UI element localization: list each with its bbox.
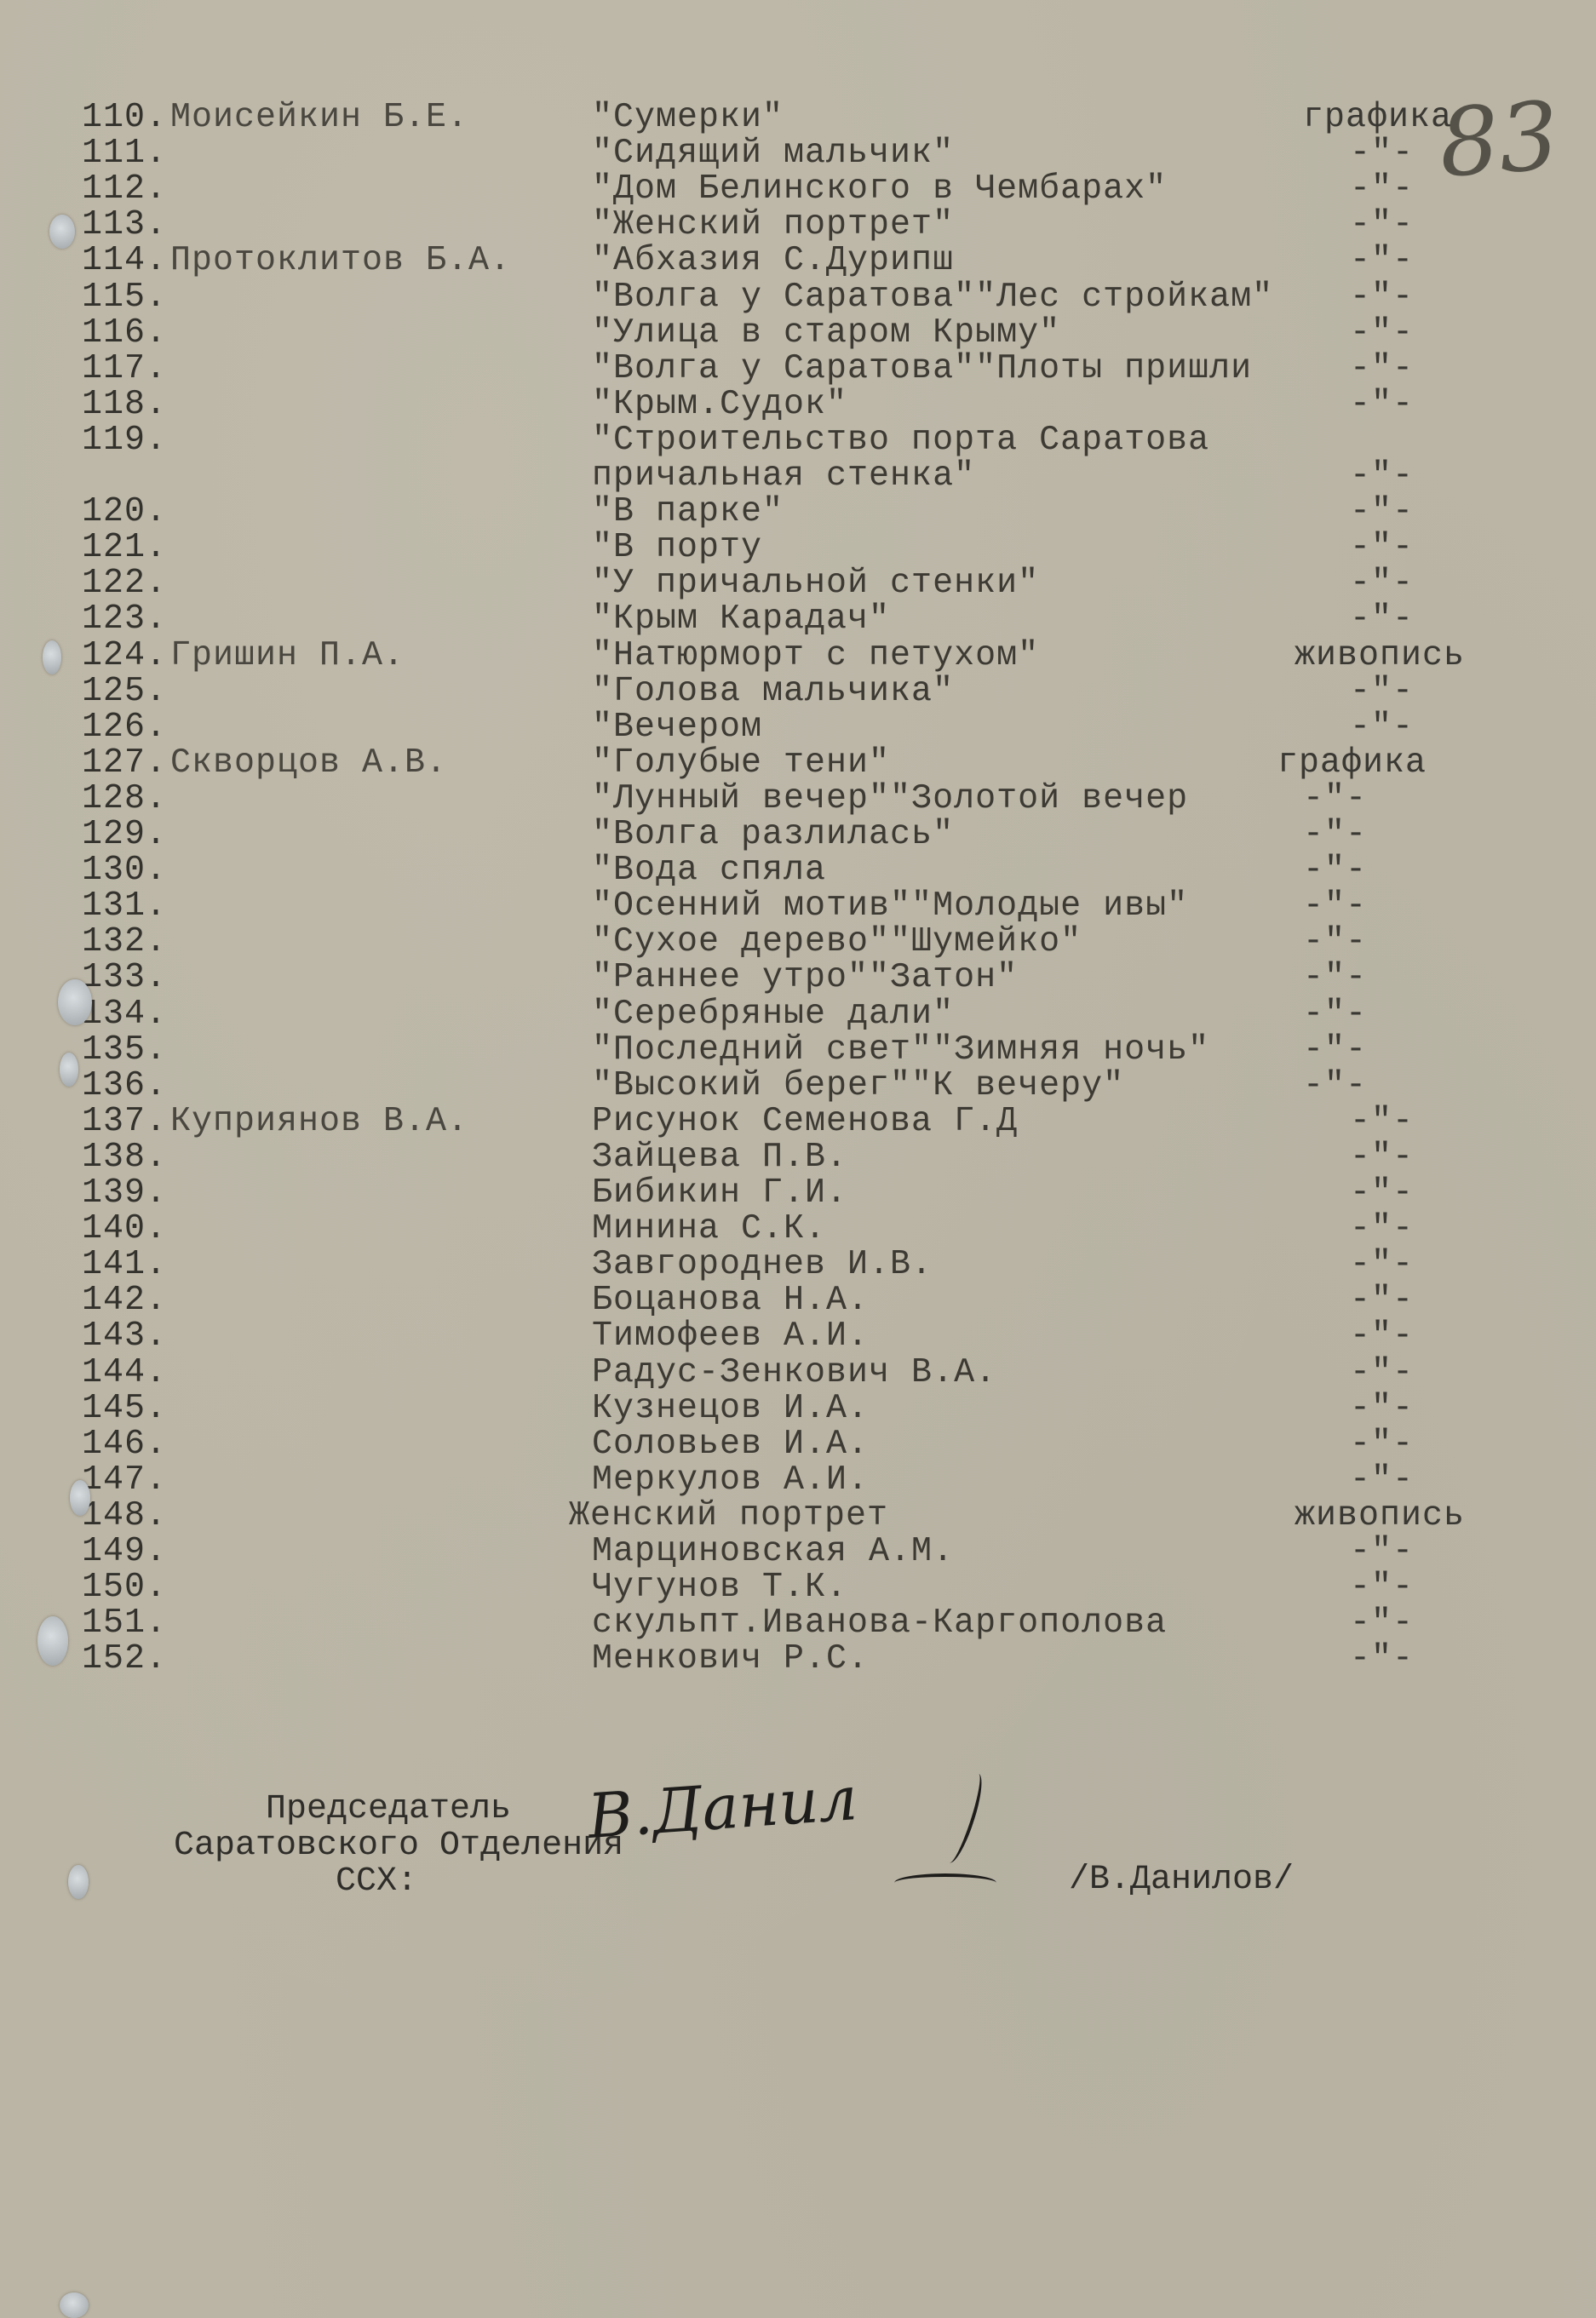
list-item: 146.Соловьев И.А.-"- [0, 1426, 1596, 1463]
list-item: 127.Скворцов А.В."Голубые тени"графика [0, 745, 1596, 782]
entry-title: "Вечером [592, 709, 762, 746]
entry-number: 142. [82, 1283, 167, 1320]
entry-title: "Серебряные дали" [592, 996, 954, 1033]
list-item: 145.Кузнецов И.А.-"- [0, 1391, 1596, 1427]
signatory-union: ССХ: [336, 1863, 417, 1901]
list-item: 148.Женский портретживопись [0, 1498, 1596, 1535]
entry-number: 118. [82, 387, 167, 423]
document-page: 83 110.Моисейкин Б.Е."Сумерки"графика111… [0, 0, 1596, 2318]
entry-title: Кузнецов И.А. [592, 1391, 869, 1427]
list-item: 140.Минина С.К.-"- [0, 1212, 1596, 1248]
entry-medium: -"- [1350, 1139, 1414, 1176]
punch-hole [43, 640, 61, 674]
entry-number: 149. [82, 1535, 167, 1571]
punch-hole [68, 1865, 89, 1899]
entry-medium: -"- [1303, 889, 1367, 926]
entry-number: 137. [82, 1104, 167, 1140]
entry-title: "Раннее утро""Затон" [592, 961, 1018, 997]
list-item: 126."Вечером-"- [0, 709, 1596, 746]
list-item: 116."Улица в старом Крыму"-"- [0, 315, 1596, 352]
entry-number: 122. [82, 566, 167, 603]
entry-title: "Осенний мотив""Молодые ивы" [592, 889, 1188, 926]
entry-author: Куприянов В.А. [170, 1104, 468, 1140]
entry-number: 117. [82, 351, 167, 387]
entry-number: 111. [82, 136, 167, 173]
entry-title: Радус-Зенкович В.А. [592, 1355, 996, 1391]
entry-title: "Натюрморт с петухом" [592, 638, 1039, 674]
entry-title: "У причальной стенки" [592, 566, 1039, 603]
entry-title: Боцанова Н.А. [592, 1283, 869, 1320]
entry-title: Тимофеев А.И. [592, 1319, 869, 1356]
entry-number: 114. [82, 244, 167, 280]
list-item: 114.Протоклитов Б.А."Абхазия С.Дурипш-"- [0, 244, 1596, 280]
entry-title: "Строительство порта Саратова [592, 422, 1209, 459]
entry-number: 113. [82, 208, 167, 244]
entry-number: 120. [82, 495, 167, 531]
entry-medium: -"- [1303, 1032, 1367, 1069]
punch-hole [60, 2292, 89, 2318]
entry-medium: -"- [1350, 1212, 1414, 1248]
list-item: 136."Высокий берег""К вечеру"-"- [0, 1068, 1596, 1104]
entry-number: 139. [82, 1176, 167, 1213]
list-item: 138.Зайцева П.В.-"- [0, 1139, 1596, 1176]
list-item: 115."Волга у Саратова""Лес стройкам"-"- [0, 279, 1596, 316]
list-item: 117."Волга у Саратова""Плоты пришли-"- [0, 351, 1596, 387]
entry-medium: -"- [1350, 566, 1414, 603]
entry-medium: -"- [1303, 818, 1367, 854]
entry-medium: -"- [1350, 1462, 1414, 1499]
entry-number: 140. [82, 1212, 167, 1248]
entry-medium: -"- [1350, 315, 1414, 352]
entry-medium: -"- [1350, 1535, 1414, 1571]
entry-number: 146. [82, 1426, 167, 1463]
list-item: 137.Куприянов В.А.Рисунок Семенова Г.Д-"… [0, 1104, 1596, 1140]
entry-number: 135. [82, 1032, 167, 1069]
entry-title: Бибикин Г.И. [592, 1176, 847, 1213]
entry-number: 151. [82, 1606, 167, 1643]
signature-underline [894, 1873, 996, 1892]
entry-number: 129. [82, 818, 167, 854]
entry-medium: -"- [1350, 172, 1414, 209]
list-item: 147.Меркулов А.И.-"- [0, 1462, 1596, 1499]
entry-number: 138. [82, 1139, 167, 1176]
entry-title: "В порту [592, 531, 762, 567]
list-item: 128."Лунный вечер""Золотой вечер-"- [0, 781, 1596, 818]
entry-number: 134. [82, 996, 167, 1033]
list-item: 129."Волга разлилась"-"- [0, 818, 1596, 854]
entry-medium: -"- [1303, 781, 1367, 818]
list-item: 150.Чугунов Т.К.-"- [0, 1570, 1596, 1607]
entry-medium: -"- [1350, 1570, 1414, 1607]
entry-medium: -"- [1350, 1248, 1414, 1284]
entry-medium: -"- [1350, 1355, 1414, 1391]
entry-number: 143. [82, 1319, 167, 1356]
entry-medium: -"- [1350, 1642, 1414, 1678]
punch-hole [70, 1480, 90, 1516]
entry-medium: -"- [1350, 531, 1414, 567]
list-item: 110.Моисейкин Б.Е."Сумерки"графика [0, 100, 1596, 137]
list-item: 133."Раннее утро""Затон"-"- [0, 961, 1596, 997]
entry-number: 133. [82, 961, 167, 997]
entry-medium: -"- [1350, 674, 1414, 710]
entry-title: "Абхазия С.Дурипш [592, 244, 954, 280]
signature-flourish [940, 1770, 989, 1866]
entry-title: Завгороднев И.В. [592, 1248, 933, 1284]
list-item: 113."Женский портрет"-"- [0, 208, 1596, 244]
list-item: 125."Голова мальчика"-"- [0, 674, 1596, 710]
entry-number: 145. [82, 1391, 167, 1427]
entry-medium: -"- [1350, 495, 1414, 531]
entry-number: 124. [82, 638, 167, 674]
entry-medium: -"- [1350, 1319, 1414, 1356]
entry-title: "Последний свет""Зимняя ночь" [592, 1032, 1209, 1069]
entry-number: 125. [82, 674, 167, 710]
list-item: 121."В порту-"- [0, 531, 1596, 567]
entry-medium: -"- [1350, 602, 1414, 639]
entry-title: Менкович Р.С. [592, 1642, 869, 1678]
punch-hole [58, 979, 92, 1025]
entry-title: Женский портрет [569, 1498, 888, 1535]
entry-title: "Женский портрет" [592, 208, 954, 244]
entry-medium: -"- [1350, 208, 1414, 244]
list-item: 118."Крым.Судок"-"- [0, 387, 1596, 423]
list-item: 143.Тимофеев А.И.-"- [0, 1319, 1596, 1356]
list-item: 112."Дом Белинского в Чембарах"-"- [0, 172, 1596, 209]
typed-signatory-name: /В.Данилов/ [1069, 1862, 1294, 1899]
entry-number: 147. [82, 1462, 167, 1499]
entry-title: "Сидящий мальчик" [592, 136, 954, 173]
entry-medium: -"- [1350, 387, 1414, 423]
list-item: 111."Сидящий мальчик"-"- [0, 136, 1596, 173]
entry-medium: -"- [1350, 1283, 1414, 1320]
signatory-title: Председатель [266, 1791, 511, 1828]
entry-number: 126. [82, 709, 167, 746]
punch-hole [49, 215, 75, 249]
entry-number: 131. [82, 889, 167, 926]
list-item: 130."Вода спяла-"- [0, 853, 1596, 890]
entry-medium: -"- [1303, 853, 1367, 890]
handwritten-signature: В.Данил [585, 1762, 859, 1852]
list-item: 152.Менкович Р.С.-"- [0, 1642, 1596, 1678]
entry-number: 119. [82, 422, 167, 459]
entry-title: "Вода спяла [592, 853, 826, 890]
entry-title: "Сумерки" [592, 100, 784, 137]
list-item: 139.Бибикин Г.И.-"- [0, 1176, 1596, 1213]
entry-title: Соловьев И.А. [592, 1426, 869, 1463]
entry-medium: -"- [1303, 925, 1367, 961]
list-item: 151.скульпт.Иванова-Каргополова-"- [0, 1606, 1596, 1643]
entry-number: 121. [82, 531, 167, 567]
entry-number: 115. [82, 279, 167, 316]
entry-number: 112. [82, 172, 167, 209]
entry-title: Минина С.К. [592, 1212, 826, 1248]
list-item: причальная стенка"-"- [0, 459, 1596, 496]
entry-medium: -"- [1350, 1426, 1414, 1463]
entry-title: "Голубые тени" [592, 745, 890, 782]
list-item: 131."Осенний мотив""Молодые ивы"-"- [0, 889, 1596, 926]
entry-medium: -"- [1350, 709, 1414, 746]
entry-title: "Дом Белинского в Чембарах" [592, 172, 1167, 209]
list-item: 135."Последний свет""Зимняя ночь"-"- [0, 1032, 1596, 1069]
entry-title: "Крым.Судок" [592, 387, 847, 423]
signatory-organization: Саратовского Отделения [174, 1827, 623, 1865]
entry-medium: -"- [1303, 961, 1367, 997]
entry-title: "Крым Карадач" [592, 602, 890, 639]
entry-title: "Улица в старом Крыму" [592, 315, 1060, 352]
entry-medium: -"- [1303, 996, 1367, 1033]
entry-medium: графика [1277, 745, 1427, 782]
list-item: 149.Марциновская А.М.-"- [0, 1535, 1596, 1571]
entry-number: 128. [82, 781, 167, 818]
entry-number: 110. [82, 100, 167, 137]
list-item: 122."У причальной стенки"-"- [0, 566, 1596, 603]
entry-number: 123. [82, 602, 167, 639]
entry-medium: -"- [1350, 244, 1414, 280]
entry-title: "Волга у Саратова""Плоты пришли [592, 351, 1252, 387]
entry-title: "Сухое дерево""Шумейко" [592, 925, 1082, 961]
entry-medium: живопись [1295, 1498, 1465, 1535]
list-item: 119."Строительство порта Саратова [0, 422, 1596, 459]
entry-medium: живопись [1295, 638, 1465, 674]
entry-number: 152. [82, 1642, 167, 1678]
entry-number: 148. [82, 1498, 167, 1535]
entry-title: Марциновская А.М. [592, 1535, 954, 1571]
entry-medium: -"- [1350, 351, 1414, 387]
entry-medium: -"- [1350, 279, 1414, 316]
entry-medium: -"- [1350, 459, 1414, 496]
entry-author: Моисейкин Б.Е. [170, 100, 468, 137]
punch-hole [37, 1616, 68, 1666]
entry-medium: -"- [1350, 1104, 1414, 1140]
entry-author: Протоклитов Б.А. [170, 244, 511, 280]
entry-number: 132. [82, 925, 167, 961]
entry-title: "Волга разлилась" [592, 818, 954, 854]
list-item: 144.Радус-Зенкович В.А.-"- [0, 1355, 1596, 1391]
entry-title: "Высокий берег""К вечеру" [592, 1068, 1124, 1104]
entry-medium: -"- [1350, 1391, 1414, 1427]
entry-number: 141. [82, 1248, 167, 1284]
list-item: 141.Завгороднев И.В.-"- [0, 1248, 1596, 1284]
list-item: 120."В парке"-"- [0, 495, 1596, 531]
entry-author: Скворцов А.В. [170, 745, 447, 782]
entry-title: скульпт.Иванова-Каргополова [592, 1606, 1167, 1643]
entry-medium: -"- [1350, 1176, 1414, 1213]
entry-number: 130. [82, 853, 167, 890]
entry-number: 144. [82, 1355, 167, 1391]
list-item: 132."Сухое дерево""Шумейко"-"- [0, 925, 1596, 961]
entry-title: Зайцева П.В. [592, 1139, 847, 1176]
punch-hole [60, 1053, 78, 1087]
entry-title: Меркулов А.И. [592, 1462, 869, 1499]
entry-medium: -"- [1350, 136, 1414, 173]
entry-number: 150. [82, 1570, 167, 1607]
entry-author: Гришин П.А. [170, 638, 405, 674]
list-item: 124.Гришин П.А."Натюрморт с петухом"живо… [0, 638, 1596, 674]
entry-title: "Лунный вечер""Золотой вечер [592, 781, 1188, 818]
entry-medium: -"- [1350, 1606, 1414, 1643]
entry-number: 116. [82, 315, 167, 352]
list-item: 134."Серебряные дали"-"- [0, 996, 1596, 1033]
entry-title: "В парке" [592, 495, 784, 531]
list-item: 123."Крым Карадач"-"- [0, 602, 1596, 639]
entry-title: Чугунов Т.К. [592, 1570, 847, 1607]
entry-medium: графика [1303, 100, 1452, 137]
entry-medium: -"- [1303, 1068, 1367, 1104]
list-item: 142.Боцанова Н.А.-"- [0, 1283, 1596, 1320]
entry-number: 136. [82, 1068, 167, 1104]
entry-title: Рисунок Семенова Г.Д [592, 1104, 1018, 1140]
entry-title: "Волга у Саратова""Лес стройкам" [592, 279, 1273, 316]
entry-title: причальная стенка" [592, 459, 975, 496]
entry-title: "Голова мальчика" [592, 674, 954, 710]
entry-number: 127. [82, 745, 167, 782]
